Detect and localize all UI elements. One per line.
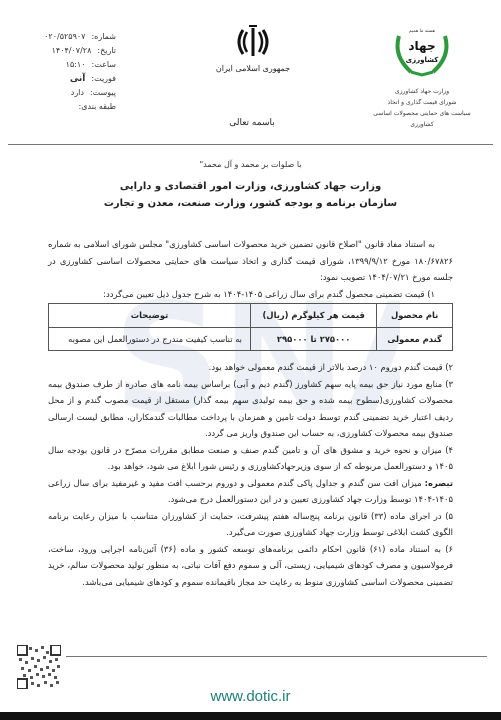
cell-product: گندم معمولی — [377, 327, 453, 351]
svg-text:کشاورزی: کشاورزی — [406, 56, 440, 64]
meta-urgency: فوریت:آنی — [24, 72, 116, 86]
letter-metadata: شماره:۰۲۰/۵۲۵۹۰۷ تاریخ:۱۴۰۴/۰۷/۲۸ ساعت:۱… — [24, 30, 116, 114]
table-row: گندم معمولی ۲۷۵۰۰۰ تا ۲۹۵۰۰۰ به تناسب کی… — [49, 327, 453, 351]
document-page: شماره:۰۲۰/۵۲۵۹۰۷ تاریخ:۱۴۰۴/۰۷/۲۸ ساعت:۱… — [0, 0, 501, 712]
letter-body: به استناد مفاد قانون "اصلاح قانون تضمین … — [48, 236, 453, 590]
item-5: ۵) در اجرای ماده (۳۳) قانون برنامه پنج‌س… — [48, 508, 453, 541]
addressees: وزارت جهاد کشاورزی، وزارت امور اقتصادی و… — [0, 178, 501, 212]
header-product: نام محصول — [377, 304, 453, 328]
table-header-row: نام محصول قیمت هر کیلوگرم (ریال) توضیحات — [49, 304, 453, 328]
svg-text:جهاد: جهاد — [408, 39, 435, 53]
iran-emblem-icon — [233, 22, 273, 62]
header-price: قیمت هر کیلوگرم (ریال) — [251, 304, 377, 328]
meta-number: شماره:۰۲۰/۵۲۵۹۰۷ — [24, 30, 116, 44]
salawat-line: با صلوات بر محمد و آل محمد" — [0, 160, 501, 169]
meta-classification: طبقه بندی: — [24, 100, 116, 114]
addressee-line-1: وزارت جهاد کشاورزی، وزارت امور اقتصادی و… — [0, 178, 501, 195]
header-notes: توضیحات — [49, 304, 251, 328]
website-link[interactable]: www.dotic.ir — [0, 688, 501, 705]
meta-time: ساعت:۱۵:۱۰ — [24, 58, 116, 72]
emblem-caption: جمهوری اسلامی ایران — [213, 64, 293, 73]
bottom-bar — [0, 712, 501, 720]
note-text: میزان افت سن گندم و جداول پاکی گندم معمو… — [48, 478, 453, 505]
note-label: تبصره: — [425, 478, 453, 488]
logo-text: وزارت جهاد کشاورزی شورای قیمت گذاری و ات… — [372, 86, 472, 130]
item-1: ۱) قیمت تضمینی محصول گندم برای سال زراعی… — [48, 286, 453, 303]
bismillah: باسمه تعالی — [222, 118, 282, 128]
jahad-keshavarzi-logo-icon: هسته ما همیم جهاد کشاورزی — [391, 22, 453, 78]
note-paragraph: تبصره: میزان افت سن گندم و جداول پاکی گن… — [48, 475, 453, 508]
iran-emblem: جمهوری اسلامی ایران — [213, 22, 293, 73]
ministry-logo: هسته ما همیم جهاد کشاورزی وزارت جهاد کشا… — [372, 22, 472, 130]
item-3: ۳) منابع مورد نیاز حق بیمه پایه سهم کشاو… — [48, 376, 453, 442]
cell-price: ۲۷۵۰۰۰ تا ۲۹۵۰۰۰ — [251, 327, 377, 351]
intro-paragraph: به استناد مفاد قانون "اصلاح قانون تضمین … — [48, 236, 453, 286]
item-6: ۶) به استناد ماده (۶۱) قانون احکام دائمی… — [48, 541, 453, 591]
qr-code-icon[interactable] — [17, 645, 61, 689]
svg-text:هسته ما همیم: هسته ما همیم — [409, 29, 436, 34]
price-table: نام محصول قیمت هر کیلوگرم (ریال) توضیحات… — [48, 303, 453, 351]
item-2: ۲) قیمت گندم دوروم ۱۰ درصد بالاتر از قیم… — [48, 359, 453, 376]
header-divider — [8, 144, 493, 145]
cell-notes: به تناسب کیفیت مندرج در دستورالعمل این م… — [49, 327, 251, 351]
meta-date: تاریخ:۱۴۰۴/۰۷/۲۸ — [24, 44, 116, 58]
footer-divider — [66, 656, 487, 657]
addressee-line-2: سازمان برنامه و بودجه کشور، وزارت صنعت، … — [0, 195, 501, 212]
item-4: ۴) میزان و نحوه خرید و مشوق های آن و تام… — [48, 442, 453, 475]
meta-attachment: پیوست:دارد — [24, 86, 116, 100]
